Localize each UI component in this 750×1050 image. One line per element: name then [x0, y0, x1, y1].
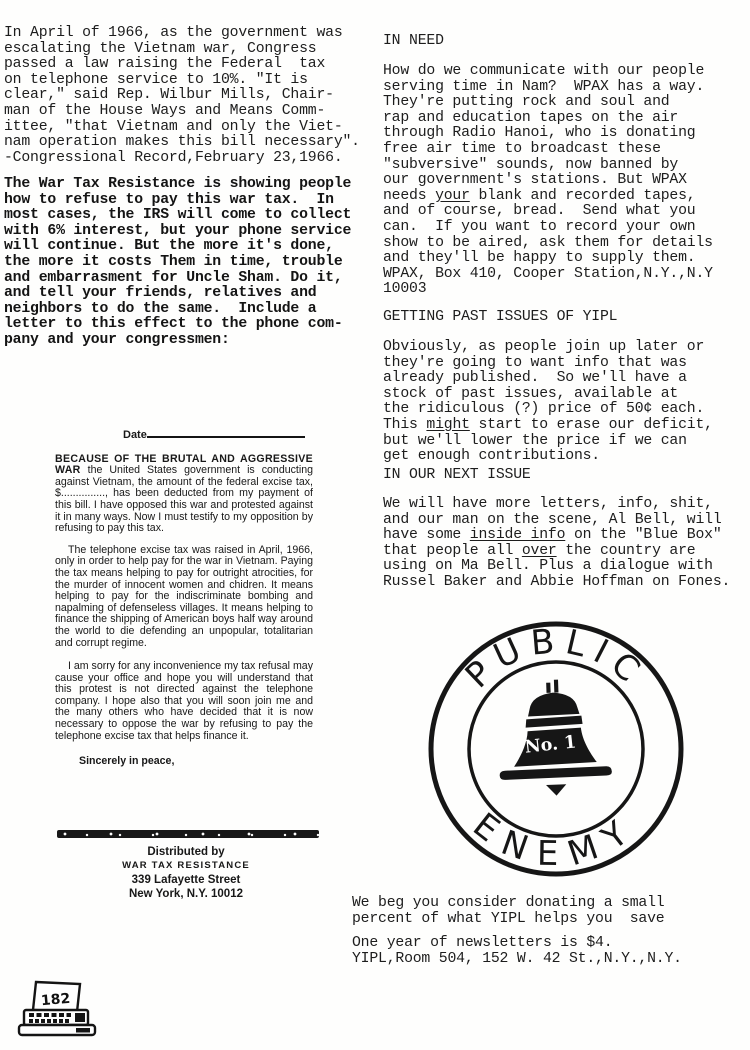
- heading-in-need: IN NEED: [383, 34, 444, 50]
- letter-paragraph-2: The telephone excise tax was raised in A…: [55, 545, 313, 649]
- next-issue-paragraph: We will have more letters, info, shit, a…: [383, 497, 730, 591]
- newsletter-page: In April of 1966, as the government was …: [0, 0, 750, 1050]
- intro-paragraph: In April of 1966, as the government was …: [4, 26, 360, 166]
- typewriter-icon: 182: [10, 978, 102, 1044]
- letter-date-row: Date: [55, 426, 313, 442]
- past-issues-paragraph: Obviously, as people join up later or th…: [383, 340, 713, 465]
- bell-icon: No. 1: [496, 678, 612, 798]
- distributor-org: WAR TAX RESISTANCE: [55, 859, 317, 873]
- letter-paragraph-3: I am sorry for any inconvenience my tax …: [55, 661, 313, 742]
- date-label: Date: [123, 429, 147, 441]
- sample-refusal-letter: Date BECAUSE OF THE BRUTAL AND AGGRESSIV…: [55, 426, 313, 768]
- tear-line: [57, 830, 319, 838]
- war-tax-paragraph: The War Tax Resistance is showing people…: [4, 177, 351, 349]
- public-enemy-stamp: PUBLIC ENEMY No. 1: [424, 612, 690, 888]
- distributor-city: New York, N.Y. 10012: [55, 887, 317, 901]
- distributor-street: 339 Lafayette Street: [55, 873, 317, 887]
- heading-past-issues: GETTING PAST ISSUES OF YIPL: [383, 310, 617, 326]
- letter-closing: Sincerely in peace,: [55, 756, 313, 768]
- donation-plea: We beg you consider donating a small per…: [352, 896, 664, 927]
- letter-paragraph-1: BECAUSE OF THE BRUTAL AND AGGRESSIVE WAR…: [55, 454, 313, 535]
- stamp-bottom-text: ENEMY: [465, 805, 646, 874]
- in-need-paragraph: How do we communicate with our people se…: [383, 64, 713, 298]
- svg-text:ENEMY: ENEMY: [465, 805, 646, 874]
- date-blank-line: [147, 426, 305, 438]
- distributor-block: Distributed by WAR TAX RESISTANCE 339 La…: [55, 845, 317, 901]
- page-number: 182: [40, 991, 71, 1009]
- heading-next-issue: IN OUR NEXT ISSUE: [383, 468, 531, 484]
- distributed-by-label: Distributed by: [55, 845, 317, 859]
- subscription-info: One year of newsletters is $4. YIPL,Room…: [352, 936, 682, 967]
